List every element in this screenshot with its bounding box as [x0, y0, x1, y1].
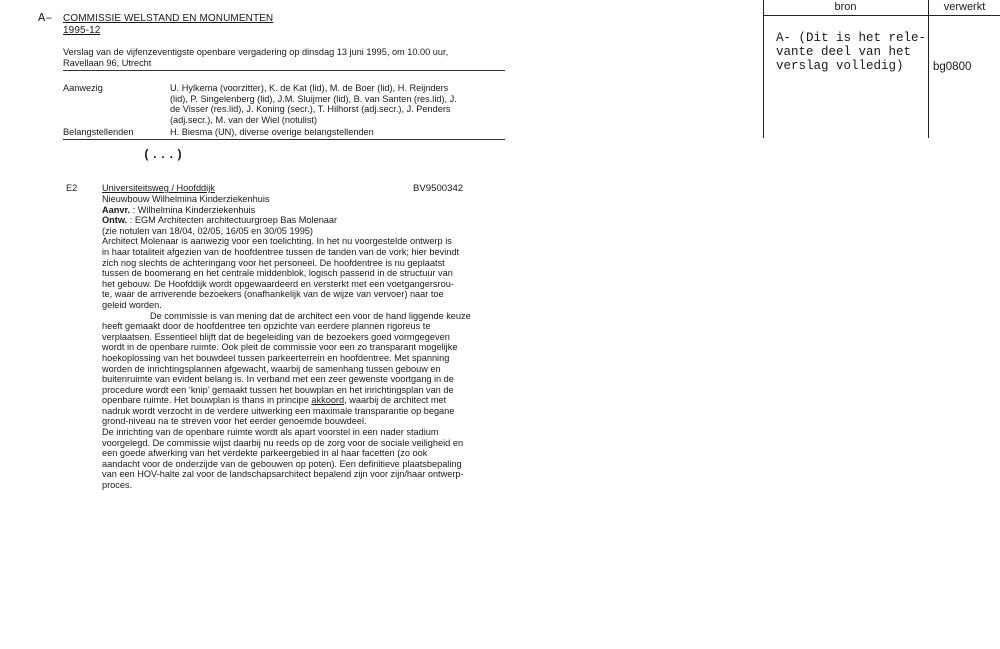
item-project: Nieuwbouw Wilhelmina Kinderziekenhuis	[102, 194, 471, 205]
divider-attendance	[63, 139, 505, 140]
meeting-subtitle: Verslag van de vijfenzeventigste openbar…	[63, 47, 448, 68]
table-border-middle	[928, 0, 929, 138]
para1-line: tussen de boomerang en het centrale midd…	[102, 268, 471, 279]
item-reference: BV9500342	[413, 184, 463, 195]
para1-line: te, waar de arriverende bezoekers (onafh…	[102, 289, 471, 300]
present-list: U. Hylkema (voorzitter), K. de Kat (lid)…	[170, 83, 457, 125]
item-location: Universiteitsweg / Hoofddijk	[102, 183, 215, 194]
source-note-line: verslag volledig)	[776, 59, 926, 73]
para2-line: buitenruimte van evident belang is. In v…	[102, 374, 471, 385]
para3-line: proces.	[102, 480, 471, 491]
document-number: 1995-12	[63, 25, 100, 36]
omission-ellipsis: (...)	[143, 148, 184, 162]
para1-line: geleid worden.	[102, 300, 471, 311]
present-label: Aanwezig	[63, 83, 103, 94]
present-line: de Visser (res.lid), J. Koning (secr.), …	[170, 104, 457, 115]
para3-line: voorgelegd. De commissie wijst daarbij n…	[102, 438, 471, 449]
para2-line: verplaatsen. Essentieel blijft dat de be…	[102, 332, 471, 343]
processed-code: bg0800	[933, 61, 971, 73]
divider-top	[63, 70, 505, 71]
para3-line: De inrichting van de openbare ruimte wor…	[102, 427, 471, 438]
source-note-line: A- (Dit is het rele-	[776, 31, 926, 45]
para2-line: hoekoplossing van het bouwdeel tussen pa…	[102, 353, 471, 364]
table-header-divider	[763, 15, 1000, 16]
para3-line: een goede afwerking van het verdekte par…	[102, 448, 471, 459]
present-line: (adj.secr.), M. van der Wiel (notulist)	[170, 115, 457, 126]
item-code: E2	[66, 183, 77, 194]
item-designer: Ontw. : EGM Architecten architectuurgroe…	[102, 215, 471, 226]
para1-line: in haar totaliteit afgezien van de hoofd…	[102, 247, 471, 258]
para2-akkoord-line: openbare ruimte. Het bouwplan is thans i…	[102, 395, 471, 406]
para2-line: worden de inrichtingsplannen afgewacht, …	[102, 364, 471, 375]
subtitle-line: Verslag van de vijfenzeventigste openbar…	[63, 47, 448, 58]
source-note-line: vante deel van het	[776, 45, 926, 59]
stakeholders-label: Belangstellenden	[63, 127, 134, 138]
akkoord-post: , waarbij de architect met	[344, 395, 446, 405]
para2-line: grond-niveau na te streven voor het eerd…	[102, 416, 471, 427]
para2-line: wordt in de openbare ruimte. Ook pleit d…	[102, 342, 471, 353]
para2-line: procedure wordt een ‘knip’ gemaakt tusse…	[102, 385, 471, 396]
source-note: A- (Dit is het rele- vante deel van het …	[776, 31, 926, 73]
item-see-minutes: (zie notulen van 18/04, 02/05, 16/05 en …	[102, 226, 471, 237]
table-border-left	[763, 0, 764, 138]
para2-line: nadruk wordt verzocht in de verdere uitw…	[102, 406, 471, 417]
document-title: COMMISSIE WELSTAND EN MONUMENTEN	[63, 13, 273, 24]
para1-line: het gebouw. De Hoofddijk wordt opgewaard…	[102, 279, 471, 290]
akkoord-pre: openbare ruimte. Het bouwplan is thans i…	[102, 395, 311, 405]
subtitle-line: Ravellaan 96, Utrecht	[63, 58, 448, 69]
table-header-processed: verwerkt	[929, 1, 1000, 13]
para1-line: Architect Molenaar is aanwezig voor een …	[102, 236, 471, 247]
para3-line: van een HOV-halte zal voor de landschaps…	[102, 469, 471, 480]
designer-value: : EGM Architecten architectuurgroep Bas …	[130, 215, 337, 225]
applicant-value: : Wilhelmina Kinderziekenhuis	[133, 205, 256, 215]
table-header-source: bron	[763, 1, 928, 13]
para1-line: zich nog slechts de achteringang voor he…	[102, 258, 471, 269]
present-line: U. Hylkema (voorzitter), K. de Kat (lid)…	[170, 83, 457, 94]
applicant-label: Aanvr.	[102, 205, 130, 215]
para2-line: De commissie is van mening dat de archit…	[102, 311, 471, 322]
item-applicant: Aanvr. : Wilhelmina Kinderziekenhuis	[102, 205, 471, 216]
para2-line: heeft gemaakt door de hoofdentree ten op…	[102, 321, 471, 332]
decision-akkoord: akkoord	[311, 395, 344, 405]
designer-label: Ontw.	[102, 215, 127, 225]
stakeholders-value: H. Biesma (UN), diverse overige belangst…	[170, 127, 374, 138]
section-marker: A–	[38, 11, 52, 25]
para3-line: aandacht voor de onderzijde van de gebou…	[102, 459, 471, 470]
item-body: Nieuwbouw Wilhelmina Kinderziekenhuis Aa…	[102, 194, 471, 491]
present-line: (lid), P. Singelenberg (lid), J.M. Sluij…	[170, 94, 457, 105]
